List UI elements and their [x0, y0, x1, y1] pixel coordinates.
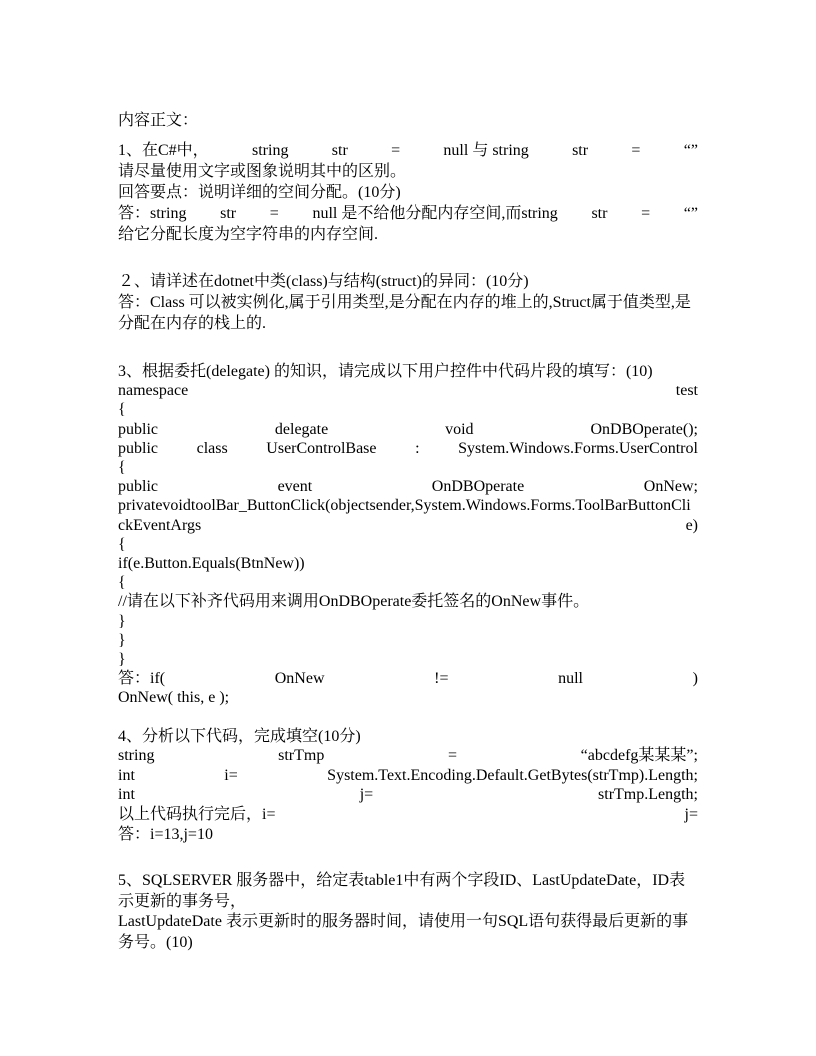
text-line: if(e.Button.Equals(BtnNew)): [118, 554, 698, 573]
text-line: 答：i=13,j=10: [118, 825, 698, 845]
text-segment: UserControlBase: [266, 439, 376, 458]
text-segment: 以上代码执行完后，i=: [118, 805, 275, 825]
text-segment: void: [445, 420, 473, 439]
text-line: OnNew( this, e );: [118, 688, 698, 707]
text-segment: string: [252, 140, 288, 161]
text-segment: delegate: [275, 420, 328, 439]
text-segment: public: [118, 477, 158, 496]
justified-text-line: ckEventArgse): [118, 516, 698, 535]
text-segment: null: [558, 669, 583, 688]
text-segment: 答：if(: [118, 669, 165, 688]
document-content: 内容正文：1、在C#中，stringstr=null 与 stringstr=“…: [118, 110, 698, 954]
text-segment: e): [686, 516, 698, 535]
section-question-3: 3、根据委托(delegate) 的知识，请完成以下用户控件中代码片段的填写：(…: [118, 362, 698, 708]
text-segment: ): [693, 669, 698, 688]
text-segment: “abcdefg某某某”;: [581, 746, 698, 766]
justified-text-line: 1、在C#中，stringstr=null 与 stringstr=“”: [118, 140, 698, 161]
text-segment: !=: [434, 669, 448, 688]
text-line: ２、请详述在dotnet中类(class)与结构(struct)的异同：(10分…: [118, 271, 698, 292]
document-page: 内容正文：1、在C#中，stringstr=null 与 stringstr=“…: [0, 0, 816, 1056]
text-line: 内容正文：: [118, 110, 698, 131]
text-segment: str: [591, 203, 607, 224]
text-line: {: [118, 400, 698, 419]
text-line: privatevoidtoolBar_ButtonClick(objectsen…: [118, 496, 698, 515]
text-segment: 1、在C#中，: [118, 140, 209, 161]
text-segment: System.Text.Encoding.Default.GetBytes(st…: [327, 766, 698, 786]
text-segment: OnDBOperate: [432, 477, 524, 496]
section-question-4: 4、分析以下代码，完成填空(10分)stringstrTmp=“abcdefg某…: [118, 727, 698, 845]
text-segment: int: [118, 785, 135, 805]
text-line: {: [118, 573, 698, 592]
text-segment: “”: [684, 203, 698, 224]
text-segment: null 是不给他分配内存空间,而string: [312, 203, 557, 224]
text-line: 答：Class 可以被实例化,属于引用类型,是分配在内存的堆上的,Struct属…: [118, 292, 698, 313]
text-segment: :: [415, 439, 419, 458]
section-header: 内容正文：: [118, 110, 698, 131]
text-line: }: [118, 631, 698, 650]
text-segment: “”: [684, 140, 698, 161]
text-line: 4、分析以下代码，完成填空(10分): [118, 727, 698, 747]
text-line: 给它分配长度为空字符串的内存空间.: [118, 224, 698, 245]
justified-text-line: 答：if(OnNew!=null): [118, 669, 698, 688]
text-line: 回答要点：说明详细的空间分配。(10分): [118, 182, 698, 203]
justified-text-line: publicdelegatevoidOnDBOperate();: [118, 420, 698, 439]
text-segment: strTmp: [278, 746, 324, 766]
text-segment: int: [118, 766, 135, 786]
text-segment: OnNew: [275, 669, 325, 688]
text-segment: event: [278, 477, 313, 496]
text-segment: public: [118, 439, 158, 458]
justified-text-line: intj=strTmp.Length;: [118, 785, 698, 805]
text-segment: test: [676, 381, 698, 400]
text-segment: string: [118, 746, 154, 766]
text-segment: public: [118, 420, 158, 439]
text-segment: ckEventArgs: [118, 516, 201, 535]
justified-text-line: 以上代码执行完后，i=j=: [118, 805, 698, 825]
text-line: 5、SQLSERVER 服务器中，给定表table1中有两个字段ID、LastU…: [118, 871, 698, 892]
justified-text-line: publicclassUserControlBase:System.Window…: [118, 439, 698, 458]
section-question-2: ２、请详述在dotnet中类(class)与结构(struct)的异同：(10分…: [118, 271, 698, 334]
section-question-1: 1、在C#中，stringstr=null 与 stringstr=“”请尽量使…: [118, 140, 698, 245]
justified-text-line: 答：stringstr=null 是不给他分配内存空间,而stringstr=“…: [118, 203, 698, 224]
section-question-5: 5、SQLSERVER 服务器中，给定表table1中有两个字段ID、LastU…: [118, 871, 698, 953]
text-line: }: [118, 612, 698, 631]
text-segment: i=: [224, 766, 237, 786]
text-segment: 答：string: [118, 203, 186, 224]
text-segment: str: [572, 140, 588, 161]
text-line: 3、根据委托(delegate) 的知识，请完成以下用户控件中代码片段的填写：(…: [118, 362, 698, 381]
text-segment: null 与 string: [443, 140, 528, 161]
text-segment: OnDBOperate();: [590, 420, 698, 439]
text-line: {: [118, 535, 698, 554]
justified-text-line: publiceventOnDBOperateOnNew;: [118, 477, 698, 496]
text-segment: =: [448, 746, 457, 766]
text-line: }: [118, 650, 698, 669]
justified-text-line: stringstrTmp=“abcdefg某某某”;: [118, 746, 698, 766]
text-line: 务号。(10): [118, 933, 698, 954]
text-segment: =: [270, 203, 279, 224]
text-segment: =: [391, 140, 400, 161]
text-line: 请尽量使用文字或图象说明其中的区别。: [118, 161, 698, 182]
text-segment: =: [631, 140, 640, 161]
text-segment: j=: [685, 805, 698, 825]
text-line: 分配在内存的栈上的.: [118, 313, 698, 334]
text-segment: System.Windows.Forms.UserControl: [458, 439, 698, 458]
text-segment: j=: [360, 785, 373, 805]
text-line: LastUpdateDate 表示更新时的服务器时间，请使用一句SQL语句获得最…: [118, 912, 698, 933]
text-segment: namespace: [118, 381, 188, 400]
justified-text-line: namespacetest: [118, 381, 698, 400]
text-segment: OnNew;: [644, 477, 698, 496]
text-line: 示更新的事务号，: [118, 892, 698, 913]
text-line: //请在以下补齐代码用来调用OnDBOperate委托签名的OnNew事件。: [118, 592, 698, 611]
text-segment: str: [332, 140, 348, 161]
text-segment: =: [641, 203, 650, 224]
text-segment: str: [220, 203, 236, 224]
text-segment: class: [197, 439, 228, 458]
text-segment: strTmp.Length;: [598, 785, 698, 805]
justified-text-line: inti=System.Text.Encoding.Default.GetByt…: [118, 766, 698, 786]
text-line: {: [118, 458, 698, 477]
